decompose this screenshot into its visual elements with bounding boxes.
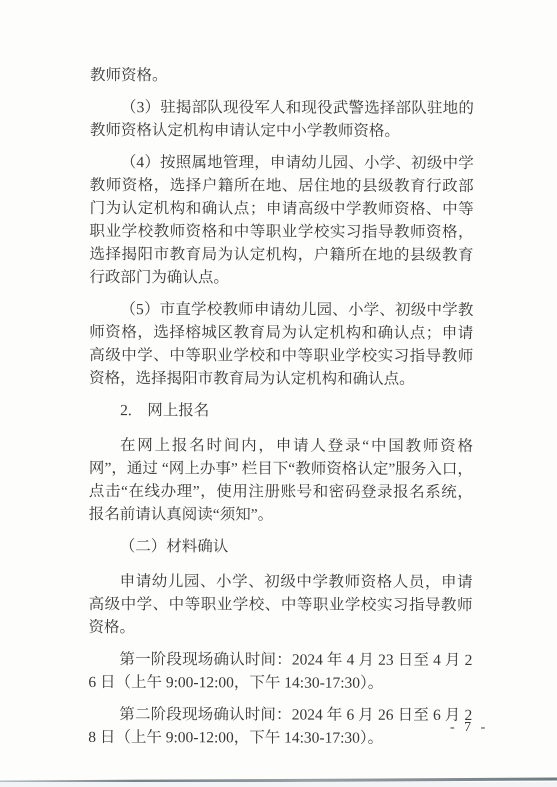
scan-page-bottom-shadow	[0, 782, 557, 787]
page-number: - 7 -	[450, 720, 488, 736]
document-body: 教师资格。 （3）驻揭部队现役军人和现役武警选择部队驻地的教师资格认定机构申请认…	[88, 64, 474, 759]
paragraph-stage-one-time: 第一阶段现场确认时间：2024 年 4 月 23 日至 4 月 26 日（上午 …	[88, 648, 472, 695]
section-heading-online-registration: 2. 网上报名	[89, 399, 473, 423]
paragraph-continuation: 教师资格。	[90, 64, 474, 88]
paragraph-item-3: （3）驻揭部队现役军人和现役武警选择部队驻地的教师资格认定机构申请认定中小学教师…	[90, 96, 474, 143]
document-page: 教师资格。 （3）驻揭部队现役军人和现役武警选择部队驻地的教师资格认定机构申请认…	[0, 0, 557, 787]
paragraph-stage-two-time: 第二阶段现场确认时间：2024 年 6 月 26 日至 6 月 28 日（上午 …	[88, 703, 472, 750]
section-heading-material-confirmation: （二）材料确认	[89, 535, 473, 559]
paragraph-item-4: （4）按照属地管理，申请幼儿园、小学、初级中学教师资格，选择户籍所在地、居住地的…	[89, 151, 473, 290]
paragraph-online-registration: 在网上报名时间内，申请人登录“中国教师资格网”，通过 “网上办事” 栏目下“教师…	[89, 434, 473, 527]
paragraph-item-5: （5）市直学校教师申请幼儿园、小学、初级中学教师资格，选择榕城区教育局为认定机构…	[89, 298, 473, 391]
paragraph-material-confirmation: 申请幼儿园、小学、初级中学教师资格人员，申请高级中学、中等职业学校、中等职业学校…	[88, 570, 472, 640]
